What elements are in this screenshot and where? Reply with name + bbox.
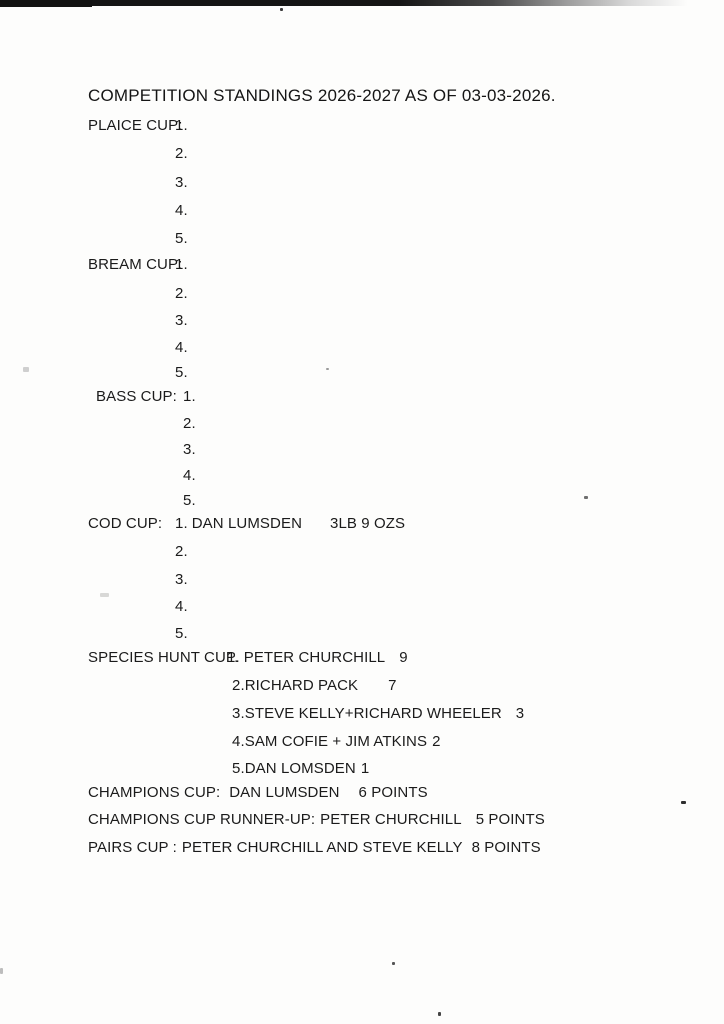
plaice-cup-row-2: 2.: [0, 145, 724, 165]
champions-cup-row: CHAMPIONS CUP:DAN LUMSDEN6 POINTS: [0, 784, 724, 804]
rank-number: 3.: [232, 705, 245, 722]
rank-number: 4.: [232, 733, 245, 750]
angler-name: STEVE KELLY+RICHARD WHEELER: [245, 705, 502, 722]
bream-cup-row-1: BREAM CUP: 1.: [0, 256, 724, 276]
cod-cup-row-5: 5.: [0, 625, 724, 645]
rank-number: 3.: [183, 441, 196, 458]
species-standing-entry: 4.SAM COFIE + JIM ATKINS2: [232, 733, 441, 750]
species-hunt-cup-row-5: 5.DAN LOMSDEN1: [0, 760, 724, 780]
rank-number: 1.: [183, 388, 196, 405]
species-hunt-cup-row-2: 2.RICHARD PACK7: [0, 677, 724, 697]
scan-artifact-top-strip-left: [0, 0, 92, 7]
species-points: 9: [399, 649, 407, 666]
scan-speck: [0, 968, 3, 974]
champions-cup-points: 6 POINTS: [359, 784, 428, 801]
rank-number: 4.: [175, 598, 188, 615]
scanned-document-page: COMPETITION STANDINGS 2026-2027 AS OF 03…: [0, 0, 724, 1024]
species-hunt-cup-row-1: SPECIES HUNT CUP. 1.PETER CHURCHILL9: [0, 649, 724, 669]
angler-name: SAM COFIE + JIM ATKINS: [245, 733, 427, 750]
angler-name: DAN LOMSDEN: [245, 760, 356, 777]
document-title: COMPETITION STANDINGS 2026-2027 AS OF 03…: [88, 86, 556, 106]
rank-number: 5.: [183, 492, 196, 509]
champions-cup-label: CHAMPIONS CUP:: [88, 784, 220, 801]
scan-artifact-top-strip: [0, 0, 724, 6]
cod-cup-row-3: 3.: [0, 571, 724, 591]
scan-speck: [280, 8, 283, 11]
rank-number: 2.: [175, 145, 188, 162]
runner-up-points: 5 POINTS: [476, 811, 545, 828]
runner-up-name: PETER CHURCHILL: [320, 811, 462, 828]
rank-number: 4.: [183, 467, 196, 484]
bass-cup-row-3: 3.: [0, 441, 724, 461]
cod-cup-row-2: 2.: [0, 543, 724, 563]
rank-number: 5.: [175, 625, 188, 642]
species-hunt-cup-row-3: 3.STEVE KELLY+RICHARD WHEELER3: [0, 705, 724, 725]
pairs-cup-label: PAIRS CUP :: [88, 839, 177, 856]
scan-speck: [438, 1012, 441, 1016]
rank-number: 4.: [175, 202, 188, 219]
bream-cup-label: BREAM CUP:: [88, 256, 182, 273]
angler-name: RICHARD PACK: [245, 677, 358, 694]
cod-cup-row-4: 4.: [0, 598, 724, 618]
scan-speck: [392, 962, 395, 965]
rank-number: 2.: [175, 543, 188, 560]
species-hunt-cup-row-4: 4.SAM COFIE + JIM ATKINS2: [0, 733, 724, 753]
rank-number: 3.: [175, 174, 188, 191]
rank-number: 1.: [175, 256, 188, 273]
cod-cup-winner-entry: 1.DAN LUMSDEN3LB 9 OZS: [175, 515, 405, 532]
runner-up-label: CHAMPIONS CUP RUNNER-UP:: [88, 811, 315, 828]
species-hunt-cup-label: SPECIES HUNT CUP.: [88, 649, 238, 666]
species-standing-entry: 3.STEVE KELLY+RICHARD WHEELER3: [232, 705, 524, 722]
bass-cup-row-1: BASS CUP: 1.: [0, 388, 724, 408]
bream-cup-row-5: 5.: [0, 364, 724, 384]
species-points: 2: [432, 733, 440, 750]
cod-cup-winner-name: DAN LUMSDEN: [192, 515, 302, 532]
bream-cup-row-2: 2.: [0, 285, 724, 305]
rank-number: 4.: [175, 339, 188, 356]
rank-number: 1.: [175, 515, 188, 532]
bass-cup-row-5: 5.: [0, 492, 724, 512]
plaice-cup-row-1: PLAICE CUP: 1.: [0, 117, 724, 137]
champions-cup-winner: DAN LUMSDEN: [229, 784, 339, 801]
rank-number: 1.: [175, 117, 188, 134]
pairs-cup-row: PAIRS CUP :PETER CHURCHILL AND STEVE KEL…: [0, 839, 724, 859]
bream-cup-row-3: 3.: [0, 312, 724, 332]
cod-cup-label: COD CUP:: [88, 515, 162, 532]
rank-number: 5.: [175, 230, 188, 247]
species-standing-entry: 2.RICHARD PACK7: [232, 677, 397, 694]
rank-number: 2.: [183, 415, 196, 432]
bass-cup-label: BASS CUP:: [96, 388, 177, 405]
rank-number: 1.: [227, 649, 240, 666]
plaice-cup-row-4: 4.: [0, 202, 724, 222]
bass-cup-row-2: 2.: [0, 415, 724, 435]
bream-cup-row-4: 4.: [0, 339, 724, 359]
plaice-cup-row-5: 5.: [0, 230, 724, 250]
cod-cup-row-1: COD CUP: 1.DAN LUMSDEN3LB 9 OZS: [0, 515, 724, 535]
species-points: 3: [516, 705, 524, 722]
angler-name: PETER CHURCHILL: [244, 649, 386, 666]
pairs-cup-names: PETER CHURCHILL AND STEVE KELLY: [182, 839, 463, 856]
rank-number: 2.: [175, 285, 188, 302]
rank-number: 2.: [232, 677, 245, 694]
species-standing-entry: 1.PETER CHURCHILL9: [227, 649, 408, 666]
bass-cup-row-4: 4.: [0, 467, 724, 487]
species-standing-entry: 5.DAN LOMSDEN1: [232, 760, 369, 777]
rank-number: 3.: [175, 312, 188, 329]
rank-number: 5.: [232, 760, 245, 777]
cod-cup-winner-weight: 3LB 9 OZS: [330, 515, 405, 532]
champions-cup-runner-up-row: CHAMPIONS CUP RUNNER-UP:PETER CHURCHILL5…: [0, 811, 724, 831]
plaice-cup-row-3: 3.: [0, 174, 724, 194]
rank-number: 3.: [175, 571, 188, 588]
pairs-cup-points: 8 POINTS: [472, 839, 541, 856]
species-points: 7: [388, 677, 396, 694]
plaice-cup-label: PLAICE CUP:: [88, 117, 182, 134]
species-points: 1: [361, 760, 369, 777]
scan-speck: [100, 593, 109, 597]
rank-number: 5.: [175, 364, 188, 381]
